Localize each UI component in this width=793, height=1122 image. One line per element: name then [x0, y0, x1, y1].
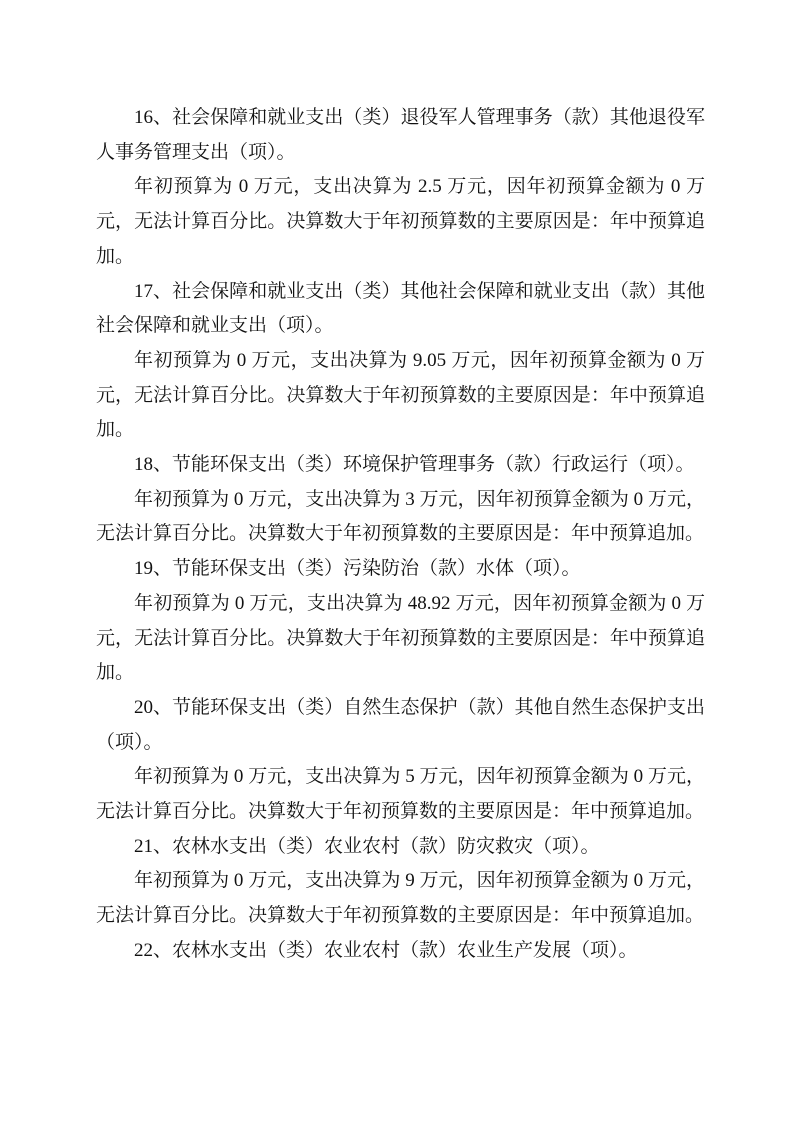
page-content: 16、社会保障和就业支出（类）退役军人管理事务（款）其他退役军人事务管理支出（项… — [96, 101, 705, 969]
section-22-title: 22、农林水支出（类）农业农村（款）农业生产发展（项）。 — [96, 934, 705, 969]
section-21-body: 年初预算为 0 万元，支出决算为 9 万元，因年初预算金额为 0 万元，无法计算… — [96, 864, 705, 933]
section-19-body: 年初预算为 0 万元，支出决算为 48.92 万元，因年初预算金额为 0 万元，… — [96, 587, 705, 691]
document-page: 16、社会保障和就业支出（类）退役军人管理事务（款）其他退役军人事务管理支出（项… — [0, 0, 793, 1122]
section-19-title: 19、节能环保支出（类）污染防治（款）水体（项）。 — [96, 552, 705, 587]
section-18-title: 18、节能环保支出（类）环境保护管理事务（款）行政运行（项）。 — [96, 448, 705, 483]
section-16-body: 年初预算为 0 万元，支出决算为 2.5 万元，因年初预算金额为 0 万元，无法… — [96, 170, 705, 274]
section-17-body: 年初预算为 0 万元，支出决算为 9.05 万元，因年初预算金额为 0 万元，无… — [96, 344, 705, 448]
section-17-title: 17、社会保障和就业支出（类）其他社会保障和就业支出（款）其他社会保障和就业支出… — [96, 275, 705, 344]
section-20-title: 20、节能环保支出（类）自然生态保护（款）其他自然生态保护支出（项）。 — [96, 691, 705, 760]
section-16-title: 16、社会保障和就业支出（类）退役军人管理事务（款）其他退役军人事务管理支出（项… — [96, 101, 705, 170]
section-21-title: 21、农林水支出（类）农业农村（款）防灾救灾（项）。 — [96, 830, 705, 865]
section-20-body: 年初预算为 0 万元，支出决算为 5 万元，因年初预算金额为 0 万元，无法计算… — [96, 760, 705, 829]
section-18-body: 年初预算为 0 万元，支出决算为 3 万元，因年初预算金额为 0 万元，无法计算… — [96, 483, 705, 552]
